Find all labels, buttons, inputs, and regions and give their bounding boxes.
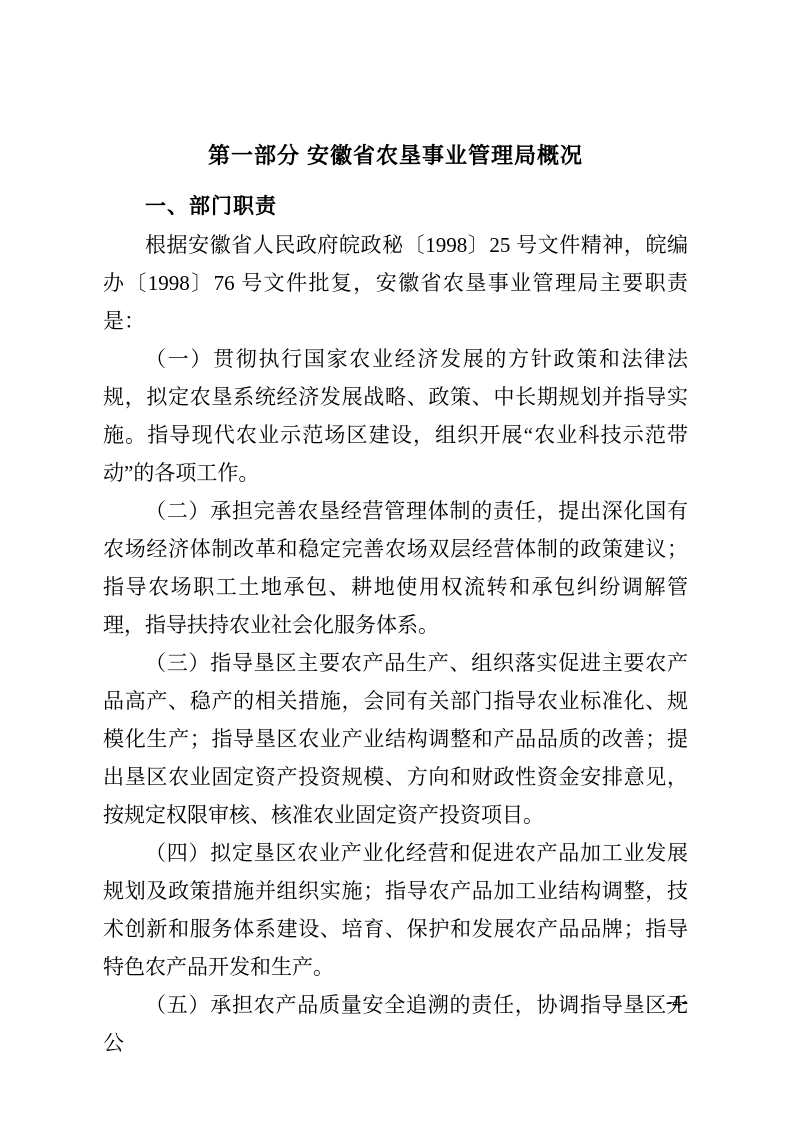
para-duty-2: （二）承担完善农垦经营管理体制的责任，提出深化国有农场经济体制改革和稳定完善农场… xyxy=(103,492,688,644)
page-number: -4- xyxy=(666,992,688,1014)
document-page: 第一部分 安徽省农垦事业管理局概况 一、部门职责 根据安徽省人民政府皖政秘〔19… xyxy=(0,0,794,1123)
para-duty-3: （三）指导垦区主要农产品生产、组织落实促进主要农产品高产、稳产的相关措施，会同有… xyxy=(103,644,688,834)
document-title: 第一部分 安徽省农垦事业管理局概况 xyxy=(103,140,688,172)
para-duty-1: （一）贯彻执行国家农业经济发展的方针政策和法律法规，拟定农垦系统经济发展战略、政… xyxy=(103,340,688,492)
para-intro: 根据安徽省人民政府皖政秘〔1998〕25 号文件精神，皖编办〔1998〕76 号… xyxy=(103,226,688,340)
section-heading: 一、部门职责 xyxy=(103,192,688,222)
para-duty-5: （五）承担农产品质量安全追溯的责任，协调指导垦区无公 xyxy=(103,986,688,1062)
para-duty-4: （四）拟定垦区农业产业化经营和促进农产品加工业发展规划及政策措施并组织实施；指导… xyxy=(103,834,688,986)
